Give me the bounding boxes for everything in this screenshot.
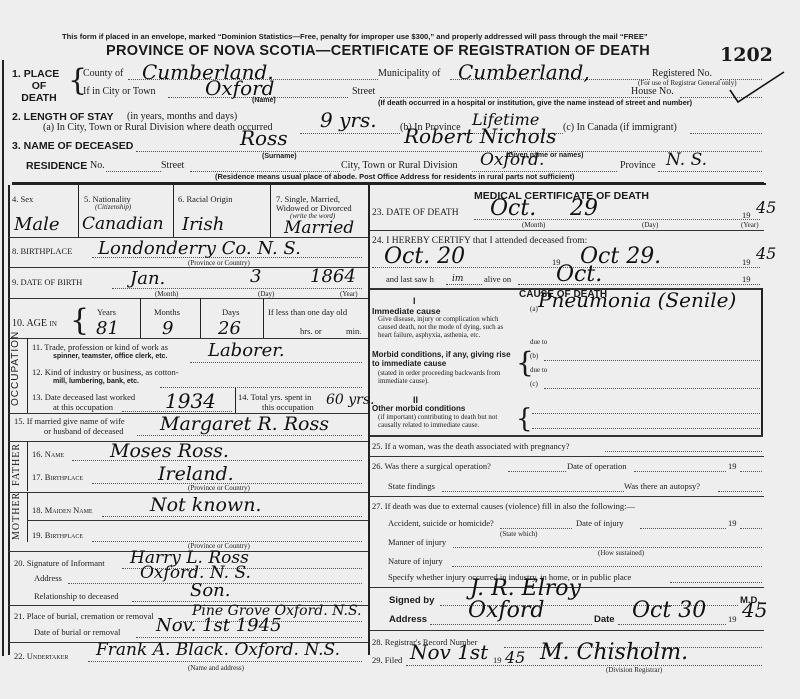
marital-value: Married bbox=[284, 218, 354, 238]
residence-street-label: Street bbox=[161, 160, 184, 171]
stay-city-value: 9 yrs. bbox=[320, 108, 377, 132]
dob-label: 9. DATE OF BIRTH bbox=[12, 277, 82, 287]
mother-side-label: MOTHER bbox=[11, 492, 22, 540]
mother-maiden-label: 18. Maiden Name bbox=[32, 505, 93, 515]
mailing-notice: This form if placed in an envelope, mark… bbox=[62, 32, 648, 41]
q13-label: 13. Date deceased last worked bbox=[32, 392, 135, 402]
spouse-value: Margaret R. Ross bbox=[160, 413, 329, 435]
state-which-note: (State which) bbox=[500, 530, 538, 538]
father-name-label: 16. Name bbox=[32, 449, 64, 459]
filed-date-value: Nov 1st bbox=[410, 640, 488, 664]
q14-sub: this occupation bbox=[262, 402, 314, 412]
hospital-note: (If death occurred in a hospital or inst… bbox=[378, 98, 692, 107]
operation-date-label: Date of operation bbox=[567, 461, 626, 471]
last-saw-year-prefix: 19 bbox=[742, 274, 751, 284]
death-certificate: This form if placed in an envelope, mark… bbox=[0, 0, 800, 699]
operation-year-prefix: 19 bbox=[728, 461, 737, 471]
to-year-prefix: 19 bbox=[742, 257, 751, 267]
days-label: Days bbox=[222, 307, 239, 317]
q11-label: 11. Trade, profession or kind of work as bbox=[32, 342, 168, 352]
checkmark-icon bbox=[728, 70, 788, 110]
occupation-side-label: OCCUPATION bbox=[10, 331, 21, 406]
filed-year-value: 45 bbox=[505, 648, 525, 667]
how-sustained-note: (How sustained) bbox=[598, 549, 644, 557]
cause-b-label: (b) bbox=[530, 352, 538, 360]
q25-label: 25. If a woman, was the death associated… bbox=[372, 441, 570, 451]
father-birthplace-note: (Province or Country) bbox=[188, 484, 250, 492]
frame-left bbox=[2, 60, 4, 656]
attend-from: Oct. 20 bbox=[384, 244, 465, 269]
nationality-note: (Citizenship) bbox=[95, 203, 131, 211]
county-label: County of bbox=[83, 68, 123, 79]
deceased-given-names: Robert Nichols bbox=[404, 124, 556, 148]
due-to-2: due to bbox=[530, 366, 547, 374]
certificate-title: PROVINCE OF NOVA SCOTIA—CERTIFICATE OF R… bbox=[106, 43, 650, 59]
father-birthplace-label: 17. Birthplace bbox=[32, 472, 83, 482]
cause-a-label: (a) bbox=[530, 305, 538, 313]
injury-date-label: Date of injury bbox=[576, 518, 624, 528]
q12-label: 12. Kind of industry or business, as cot… bbox=[32, 367, 179, 377]
morbid-conditions-label: Morbid conditions, if any, giving rise t… bbox=[372, 350, 512, 368]
residence-province-value: N. S. bbox=[666, 150, 707, 170]
signed-date-value: Oct 30 bbox=[632, 598, 706, 623]
date-of-death-day: 29 bbox=[570, 196, 598, 221]
age-label: 10. AGE in bbox=[12, 318, 57, 329]
cause-a-value: Pneumonia (Senile) bbox=[538, 288, 736, 312]
column-divider bbox=[368, 185, 370, 655]
years-label: Years bbox=[97, 307, 116, 317]
undertaker-label: 22. Undertaker bbox=[14, 651, 68, 661]
other-conditions-label: Other morbid conditions bbox=[372, 404, 465, 413]
due-to-1: due to bbox=[530, 338, 547, 346]
q14-value: 60 yrs. bbox=[326, 392, 375, 408]
dob-month: Jan. bbox=[130, 268, 165, 289]
informant-address-label: Address bbox=[34, 573, 62, 583]
injury-year-prefix: 19 bbox=[728, 518, 737, 528]
hrs-label: hrs. or bbox=[300, 326, 322, 336]
nationality-value: Canadian bbox=[82, 214, 164, 234]
father-side-label: FATHER bbox=[11, 443, 22, 486]
dod-year-prefix: 19 bbox=[742, 210, 751, 220]
residence-province-label: Province bbox=[620, 160, 656, 171]
dod-year-value: 45 bbox=[756, 198, 776, 217]
dob-year: 1864 bbox=[310, 266, 356, 287]
other-conditions-desc: (if important) contributing to death but… bbox=[378, 413, 518, 429]
burial-date-value: Nov. 1st 1945 bbox=[156, 615, 282, 636]
municipality-label: Municipality of bbox=[378, 68, 441, 79]
father-birthplace-value: Ireland. bbox=[158, 463, 234, 485]
stay-city-label: (a) In City, Town or Rural Division wher… bbox=[43, 122, 273, 133]
less-than-day-label: If less than one day old bbox=[268, 307, 347, 317]
day-note: (Day) bbox=[258, 290, 274, 298]
municipality-value: Cumberland, bbox=[458, 60, 590, 84]
q13-sub: at this occupation bbox=[53, 402, 113, 412]
morbid-conditions-desc: (stated in order proceeding backwards fr… bbox=[378, 369, 514, 385]
sex-value: Male bbox=[14, 214, 60, 235]
year-note: (Year) bbox=[340, 290, 358, 298]
signed-year-prefix: 19 bbox=[728, 614, 737, 624]
signed-by-label: Signed by bbox=[389, 595, 434, 606]
q14-label: 14. Total yrs. spent in bbox=[238, 392, 311, 402]
street-label: Street bbox=[352, 86, 375, 97]
father-name-value: Moses Ross. bbox=[110, 440, 229, 462]
mother-birthplace-label: 19. Birthplace bbox=[32, 530, 83, 540]
q29-label: 29. Filed bbox=[372, 655, 402, 665]
certificate-number: 1202 bbox=[720, 44, 773, 66]
findings-label: State findings bbox=[388, 481, 435, 491]
city-town-label: If in City or Town bbox=[83, 86, 155, 97]
last-saw-date: Oct. bbox=[556, 262, 602, 287]
months-label: Months bbox=[154, 307, 180, 317]
dod-day-note: (Day) bbox=[642, 221, 658, 229]
signer-address-label: Address bbox=[389, 614, 427, 625]
signed-date-label: Date bbox=[594, 614, 615, 625]
age-years-value: 81 bbox=[96, 318, 119, 339]
residence-city-label: City, Town or Rural Division bbox=[341, 160, 458, 171]
relationship-label: Relationship to deceased bbox=[34, 591, 119, 601]
stay-canada-label: (c) In Canada (if immigrant) bbox=[563, 122, 677, 133]
informant-sig-label: 20. Signature of Informant bbox=[14, 558, 105, 568]
burial-date-label: Date of burial or removal bbox=[34, 627, 120, 637]
undertaker-note: (Name and address) bbox=[188, 664, 244, 672]
birthplace-value: Londonderry Co. N. S. bbox=[98, 238, 301, 259]
age-months-value: 9 bbox=[162, 318, 173, 339]
registrar-note: (Division Registrar) bbox=[606, 666, 662, 674]
q11-sub: spinner, teamster, office clerk, etc. bbox=[53, 353, 167, 360]
signer-address-value: Oxford bbox=[468, 598, 544, 623]
residence-note: (Residence means usual place of abode. P… bbox=[215, 172, 575, 181]
q26-label: 26. Was there a surgical operation? bbox=[372, 461, 491, 471]
registered-no-label: Registered No. bbox=[652, 68, 712, 79]
deceased-surname: Ross bbox=[240, 126, 288, 150]
dob-day: 3 bbox=[250, 266, 261, 287]
burial-place-label: 21. Place of burial, cremation or remova… bbox=[14, 611, 154, 621]
registrar-signature: M. Chisholm. bbox=[540, 640, 688, 665]
attend-year: 45 bbox=[756, 244, 776, 263]
last-saw-label: and last saw h bbox=[386, 274, 434, 284]
dod-year-note: (Year) bbox=[741, 221, 759, 229]
nature-label: Nature of injury bbox=[388, 556, 443, 566]
spouse-label-2: or husband of deceased bbox=[44, 426, 124, 436]
racial-origin-value: Irish bbox=[182, 214, 224, 235]
dod-month-note: (Month) bbox=[522, 221, 545, 229]
surname-note: (Surname) bbox=[262, 153, 297, 160]
mother-maiden-value: Not known. bbox=[150, 494, 261, 516]
residence-label: RESIDENCE bbox=[26, 160, 87, 172]
age-days-value: 26 bbox=[218, 318, 241, 339]
cause-c-label: (c) bbox=[530, 380, 538, 388]
house-no-label: House No. bbox=[631, 86, 674, 97]
relationship-value: Son. bbox=[190, 580, 230, 601]
birthplace-label: 8. BIRTHPLACE bbox=[12, 246, 72, 256]
month-note: (Month) bbox=[155, 290, 178, 298]
min-label: min. bbox=[346, 326, 361, 336]
filed-year-prefix: 19 bbox=[493, 655, 502, 665]
q13-value: 1934 bbox=[165, 389, 216, 413]
residence-city-value: Oxford. bbox=[480, 150, 544, 170]
q27-label: 27. If death was due to external causes … bbox=[372, 501, 635, 511]
immediate-cause-desc: Give disease, injury or complication whi… bbox=[378, 315, 514, 339]
roman-one: I bbox=[413, 296, 416, 306]
undertaker-value: Frank A. Black. Oxford. N.S. bbox=[96, 640, 340, 660]
sex-label: 4. Sex bbox=[12, 194, 33, 204]
alive-on-label: alive on bbox=[484, 274, 511, 284]
signed-year-value: 45 bbox=[742, 598, 767, 622]
racial-origin-label: 6. Racial Origin bbox=[178, 194, 233, 204]
spouse-label: 15. If married give name of wife bbox=[14, 416, 125, 426]
name-note: (Name) bbox=[252, 97, 276, 104]
deceased-label: 3. NAME OF DECEASED bbox=[12, 140, 133, 152]
length-of-stay-sub: (in years, months and days) bbox=[127, 111, 237, 122]
autopsy-label: Was there an autopsy? bbox=[624, 481, 700, 491]
date-of-death-label: 23. DATE OF DEATH bbox=[372, 208, 459, 218]
accident-label: Accident, suicide or homicide? bbox=[388, 518, 494, 528]
last-saw-him: im bbox=[452, 274, 463, 284]
date-of-death-month: Oct. bbox=[490, 196, 536, 221]
q11-value: Laborer. bbox=[208, 340, 285, 361]
place-of-death-label: 1. PLACE OF DEATH bbox=[12, 68, 66, 104]
birthplace-note: (Province or Country) bbox=[188, 259, 250, 267]
residence-no-label: No. bbox=[90, 160, 105, 171]
manner-label: Manner of injury bbox=[388, 537, 446, 547]
q12-sub: mill, lumbering, bank, etc. bbox=[53, 378, 139, 385]
